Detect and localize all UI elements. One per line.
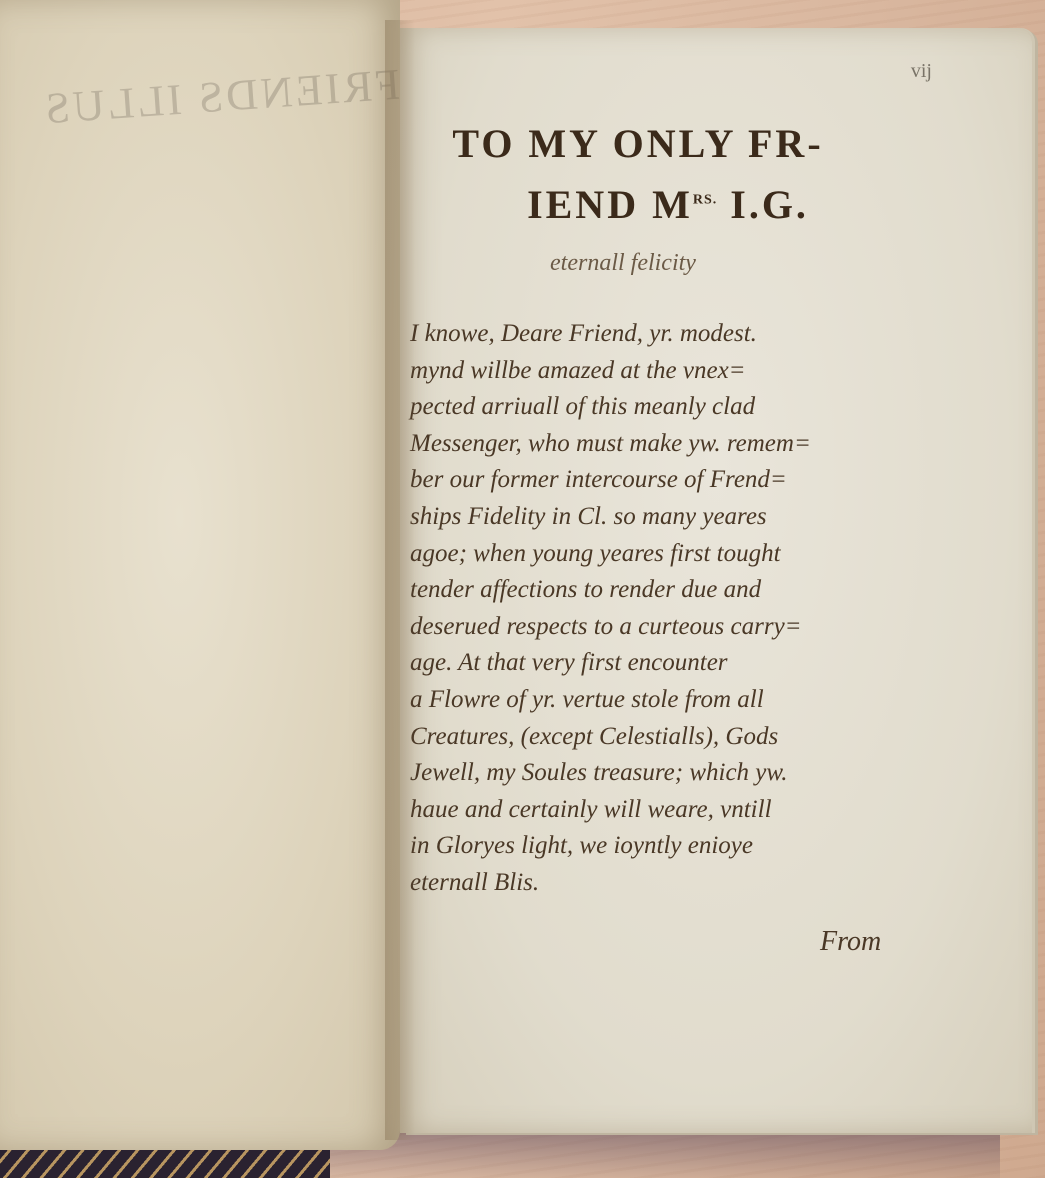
book-cover-edge	[0, 1150, 330, 1178]
body-line: ships Fidelity in Cl. so many yeares	[410, 499, 910, 536]
body-line: Messenger, who must make yw. remem=	[410, 426, 910, 463]
body-line: ber our former intercourse of Frend=	[410, 462, 910, 499]
body-line: a Flowre of yr. vertue stole from all	[410, 682, 910, 719]
bleed-through-text: FRIENDS ILLUS	[69, 59, 402, 133]
body-line: tender affections to render due and	[410, 572, 910, 609]
folio-number: vij	[911, 60, 932, 83]
body-line: Creatures, (except Celestialls), Gods	[410, 719, 910, 756]
heading-line-2: IEND MRS. I.G.	[418, 181, 858, 228]
left-page: FRIENDS ILLUS	[0, 0, 400, 1150]
closing-signature: From	[820, 926, 881, 958]
body-line: in Gloryes light, we ioyntly enioye	[410, 828, 910, 865]
greeting-line: eternall felicity	[550, 250, 696, 277]
body-line: pected arriuall of this meanly clad	[410, 389, 910, 426]
body-line: mynd willbe amazed at the vnex=	[410, 353, 910, 390]
body-line: age. At that very first encounter	[410, 645, 910, 682]
heading-prefix: IEND M	[527, 182, 693, 227]
body-line: Jewell, my Soules treasure; which yw.	[410, 755, 910, 792]
heading-initials: I.G.	[730, 182, 809, 227]
dedication-heading: TO MY ONLY FR- IEND MRS. I.G.	[418, 120, 858, 228]
body-line: agoe; when young yeares first tought	[410, 536, 910, 573]
body-line: I knowe, Deare Friend, yr. modest.	[410, 316, 910, 353]
body-line: haue and certainly will weare, vntill	[410, 792, 910, 829]
right-page: vij TO MY ONLY FR- IEND MRS. I.G. eterna…	[400, 28, 1032, 1133]
heading-line-1: TO MY ONLY FR-	[418, 120, 858, 167]
heading-superscript: RS.	[693, 193, 717, 208]
letter-body: I knowe, Deare Friend, yr. modest. mynd …	[410, 316, 910, 902]
book-gutter	[385, 20, 415, 1140]
body-line: deserued respects to a curteous carry=	[410, 609, 910, 646]
body-line: eternall Blis.	[410, 865, 910, 902]
